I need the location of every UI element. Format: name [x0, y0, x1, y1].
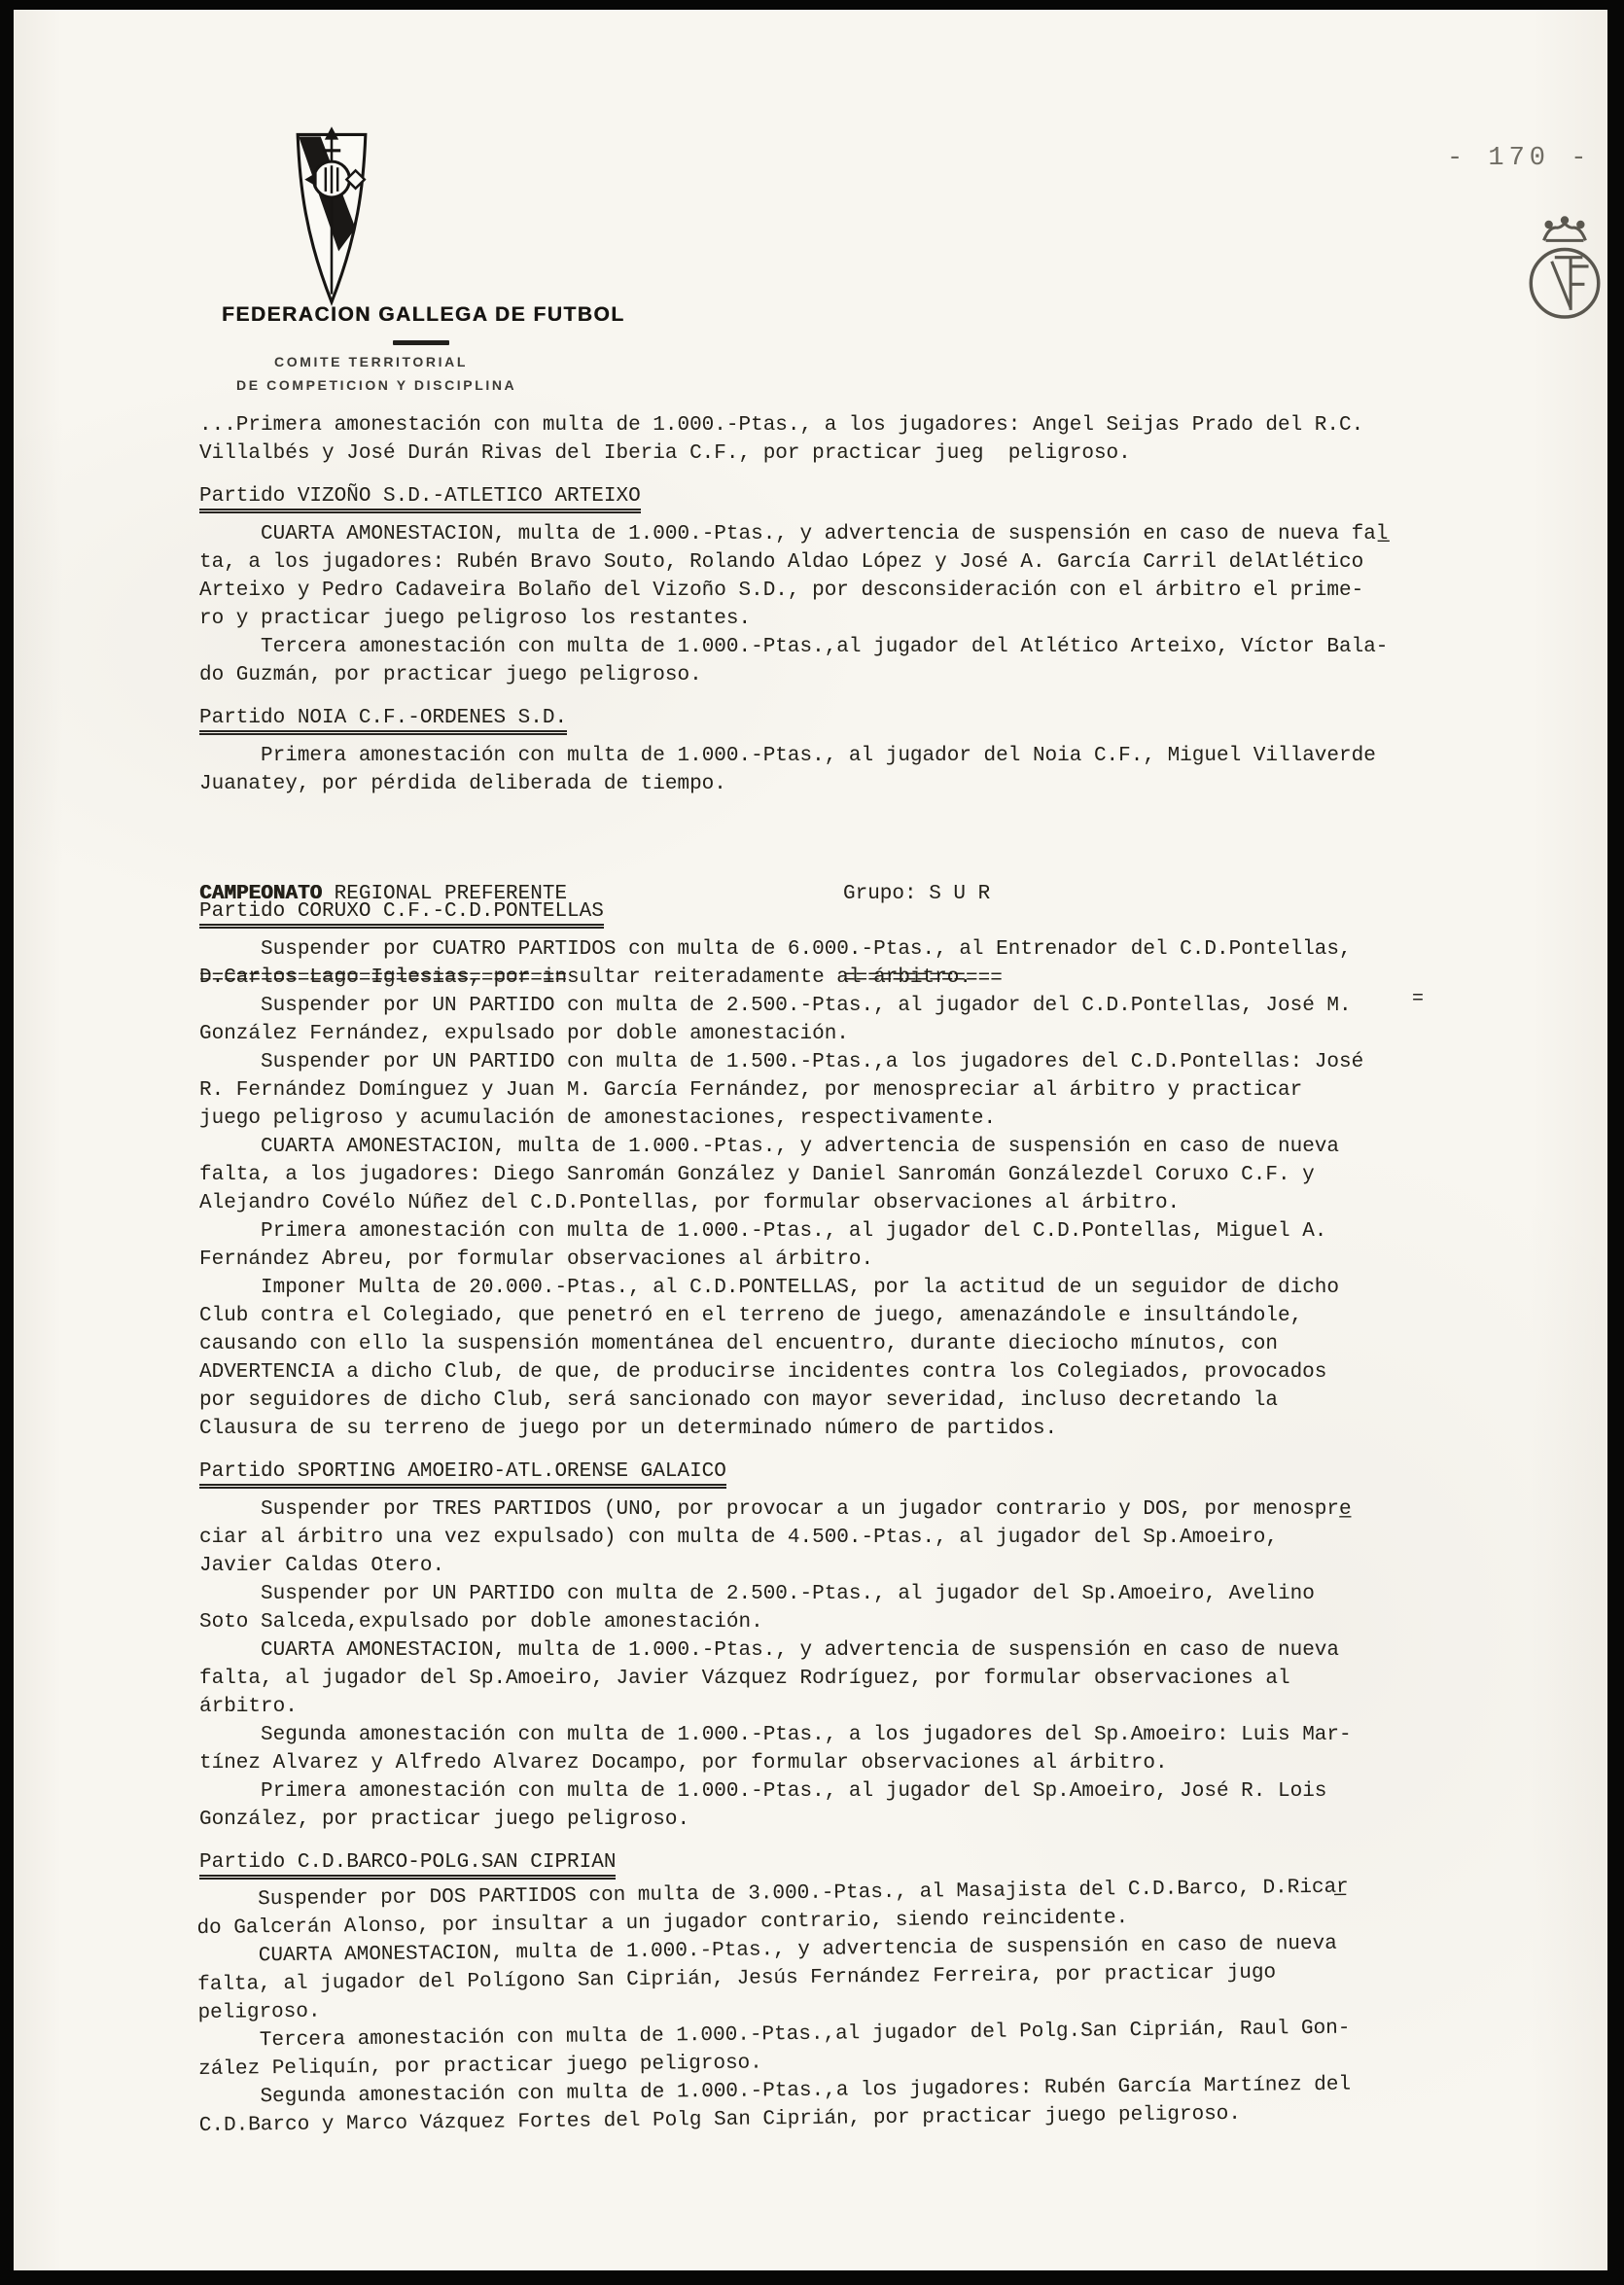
federation-stamp-icon [1519, 216, 1610, 325]
sanctions-barco-san-ciprian: Suspender por DOS PARTIDOS con multa de … [196, 1872, 1507, 2140]
championship-group-block: Grupo: S U R ============= [843, 824, 1003, 1049]
championship-header: CAMPEONATO REGIONAL PREFERENTE =========… [199, 824, 1507, 880]
sanctions-vizono-atletico-arteixo: CUARTA AMONESTACION, multa de 1.000.-Pta… [199, 520, 1507, 689]
letterhead-committee-line1: COMITE TERRITORIAL [274, 354, 468, 369]
page-number: - 170 - [1447, 144, 1591, 173]
sanctions-noia-ordenes: Primera amonestación con multa de 1.000.… [199, 742, 1507, 798]
sanctions-amoeiro-orense-galaico: Suspender por TRES PARTIDOS (UNO, por pr… [199, 1495, 1507, 1834]
match-heading-amoeiro-orense-galaico: Partido SPORTING AMOEIRO-ATL.ORENSE GALA… [199, 1458, 1507, 1486]
letterhead-divider [393, 340, 449, 345]
match-title: Partido SPORTING AMOEIRO-ATL.ORENSE GALA… [199, 1460, 726, 1489]
championship-title-rest: REGIONAL PREFERENTE [322, 883, 567, 905]
paragraph-continuation-iberia: ...Primera amonestación con multa de 1.0… [199, 411, 1507, 468]
document-body: ...Primera amonestación con multa de 1.0… [199, 411, 1507, 2140]
championship-title-underline: ============================== [199, 965, 567, 993]
championship-title-block: CAMPEONATO REGIONAL PREFERENTE =========… [199, 824, 567, 1049]
letterhead-org-name: FEDERACION GALLEGA DE FUTBOL [222, 303, 625, 327]
document-page: - 170 - FEDERACION GALLEGA DE FUTBOL COM… [14, 10, 1607, 2270]
championship-group: Grupo: S U R [843, 880, 1003, 908]
match-title: Partido VIZOÑO S.D.-ATLETICO ARTEIXO [199, 485, 641, 513]
match-heading-vizono-atletico-arteixo: Partido VIZOÑO S.D.-ATLETICO ARTEIXO [199, 482, 1507, 510]
match-heading-noia-ordenes: Partido NOIA C.F.-ORDENES S.D. [199, 704, 1507, 732]
championship-group-underline: ============= [843, 965, 1003, 993]
match-title: Partido C.D.BARCO-POLG.SAN CIPRIAN [199, 1851, 616, 1880]
championship-title-bold: CAMPEONATO [199, 883, 322, 905]
federation-shield-icon [292, 124, 371, 309]
typo-correction-mark: = [1412, 988, 1424, 1010]
letterhead-committee-line2: DE COMPETICION Y DISCIPLINA [236, 377, 516, 393]
match-heading-barco-san-ciprian: Partido C.D.BARCO-POLG.SAN CIPRIAN [199, 1848, 1507, 1877]
match-title: Partido NOIA C.F.-ORDENES S.D. [199, 707, 567, 735]
